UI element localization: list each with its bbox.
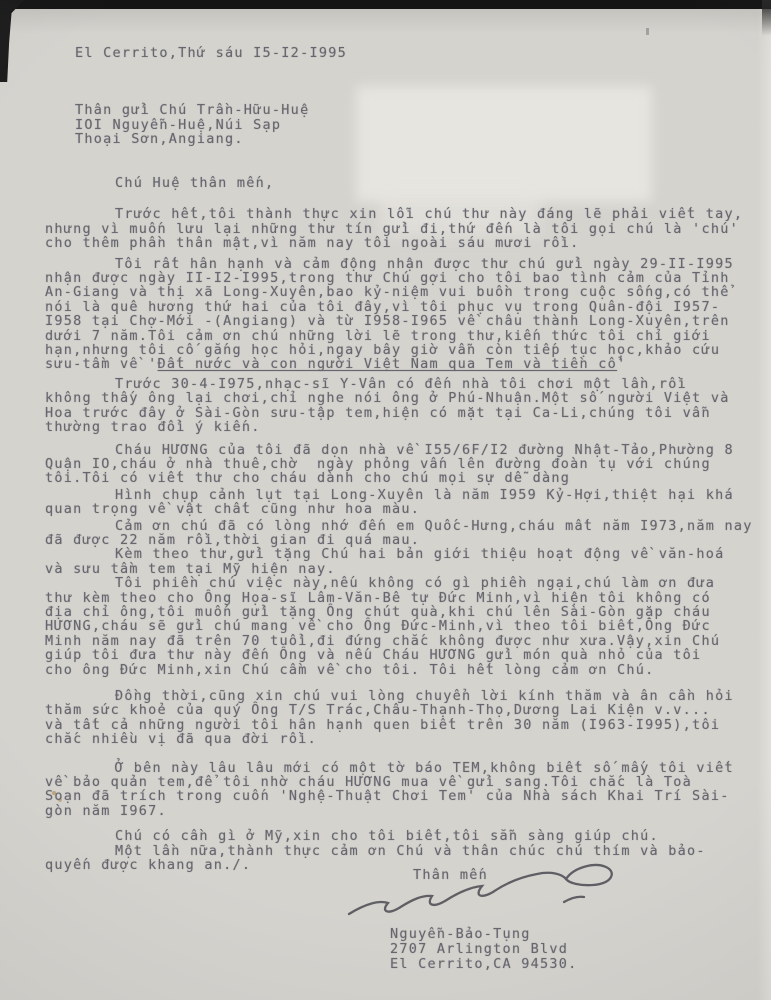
sender-address: 2707 Arlington Blvd El Cerrito,CA 94530. [390,942,578,972]
underlined-collection-title: Đất nước và con người Việt Nam qua Tem v… [158,356,618,372]
paper-right-edge [757,0,771,1000]
letter-paragraph-11: Chú có cần gì ở Mỹ,xin cho tôi biết,tôi … [45,829,759,843]
scan-corner-shadow-topleft [0,0,24,82]
letter-paragraph-2: Tôi rất hân hạnh và cảm động nhận được t… [45,257,759,372]
letter-dateline: El Cerrito,Thứ sáu I5-I2-I995 [75,46,347,60]
letter-paragraph-7: Kèm theo thư,gửi tặng Chú hai bản giới t… [45,547,759,576]
paper-speck [646,28,649,35]
letter-paragraph-10: Ở bên này lâu lâu mới có một tờ báo TEM,… [45,761,759,819]
letter-body: Chú Huệ thân mến, Trước hết,tôi thành th… [45,176,759,872]
sender-name: Nguyễn-Bảo-Tụng [390,927,578,942]
sender-block: Nguyễn-Bảo-Tụng 2707 Arlington Blvd El C… [390,927,578,972]
letter-paragraph-9: Đồng thời,cũng xin chú vui lòng chuyển l… [45,689,759,747]
letter-paragraph-3: Trước 30-4-I975,nhạc-sĩ Y-Vân có đến nhà… [45,377,759,435]
signature-autograph [335,862,665,932]
scan-corner-shadow-topright [762,0,771,36]
recipient-address: Thân gửi Chú Trần-Hữu-Huệ IOI Nguyễn-Huệ… [75,103,309,147]
scan-top-bar [0,0,771,9]
letter-paragraph-4: Cháu HƯƠNG của tôi đã dọn nhà về I55/6F/… [45,443,759,486]
letter-paragraph-6: Cảm ơn chú đã có lòng nhớ đến em Quốc-Hư… [45,519,759,548]
letter-paragraph-5: Hình chụp cảnh lụt tại Long-Xuyên là năm… [45,488,759,517]
letter-paragraph-1: Trước hết,tôi thành thực xin lỗi chú thư… [45,207,759,250]
scanned-letter-page: El Cerrito,Thứ sáu I5-I2-I995 Thân gửi C… [0,0,771,1000]
paragraph-2-closing-quote: ' [617,356,626,372]
letter-paragraph-8: Tôi phiền chú việc này,nếu không có gì p… [45,576,759,677]
paragraph-2-text: Tôi rất hân hạnh và cảm động nhận được t… [45,256,734,373]
salutation: Chú Huệ thân mến, [45,176,759,190]
